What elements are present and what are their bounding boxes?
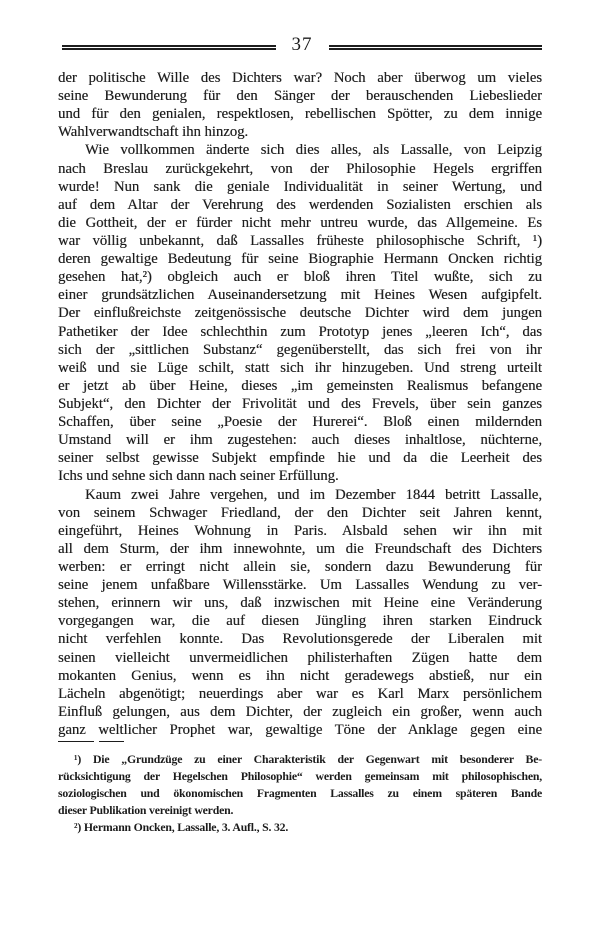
footnote-line: rücksichtigung der Hegelschen Philosophi… <box>58 768 542 785</box>
text-line: Kaum zwei Jahre vergehen, und im Dezembe… <box>58 486 542 504</box>
text-line: mokanten Genius, wenn es ihn nicht gerad… <box>58 667 542 685</box>
text-line: sich der „sittlichen Substanz“ gegenüber… <box>58 341 542 359</box>
footnote-line: ¹) Die „Grundzüge zu einer Charakteristi… <box>58 751 542 768</box>
footnote-separator-dash <box>58 741 94 742</box>
text-line: Pathetiker der Idee schlechthin zum Prot… <box>58 323 542 341</box>
text-line: gesehen hat,²) obgleich auch er bloß ihr… <box>58 268 542 286</box>
footnotes: ¹) Die „Grundzüge zu einer Charakteristi… <box>58 751 542 836</box>
text-line: einer grundsätzlichen Auseinandersetzung… <box>58 286 542 304</box>
text-line: vorgegangen war, die auf diesen Jüngling… <box>58 612 542 630</box>
text-line: die Gottheit, der er fürder nicht mehr u… <box>58 214 542 232</box>
text-line: auf dem Altar der Verehrung des werdende… <box>58 196 542 214</box>
page-header: 37 <box>62 37 542 57</box>
text-line: werben: er erringt nicht allein sie, son… <box>58 558 542 576</box>
footnote-line: ²) Hermann Oncken, Lassalle, 3. Aufl., S… <box>58 819 542 836</box>
text-line: stehen, erinnern wir uns, daß inzwischen… <box>58 594 542 612</box>
footnote-line: soziologischen und ökonomischen Fragment… <box>58 785 542 802</box>
text-line: Subjekt“, den Dichter der Frivolität und… <box>58 395 542 413</box>
text-line: Wie vollkommen änderte sich dies alles, … <box>58 141 542 159</box>
text-line: Einfluß gelungen, aus dem Dichter, der z… <box>58 703 542 721</box>
text-line: nach Breslau zurückgekehrt, von der Phil… <box>58 160 542 178</box>
text-line: Lächeln abgenötigt; neuerdings aber war … <box>58 685 542 703</box>
text-line: Der einflußreichste zeitgenössische deut… <box>58 304 542 322</box>
page-number: 37 <box>276 35 329 55</box>
text-line: Ichs und sehne sich dann nach seiner Erf… <box>58 467 542 485</box>
text-line: und für den genialen, respektlosen, rebe… <box>58 105 542 123</box>
text-line: Umstand will er ihm zugestehen: auch die… <box>58 431 542 449</box>
footnote-line: dieser Publikation vereinigt werden. <box>58 802 542 819</box>
header-rule-left <box>62 45 276 50</box>
text-line: deren gewaltige Bedeutung für seine Biog… <box>58 250 542 268</box>
text-line: all dem Sturm, der ihm innewohnte, um di… <box>58 540 542 558</box>
text-line: Wahlverwandtschaft ihn hinzog. <box>58 123 542 141</box>
text-line: er jetzt ab über Heine, dieses „im gemei… <box>58 377 542 395</box>
book-page: 37 der politische Wille des Dichters war… <box>0 0 600 945</box>
header-rule-right <box>329 45 543 50</box>
text-line: seinen vielleicht unvermeidlichen philis… <box>58 649 542 667</box>
footnote-separator <box>58 741 124 742</box>
text-line: ganz weltlicher Prophet war, gewaltige T… <box>58 721 542 739</box>
footnote-separator-dash <box>99 741 124 742</box>
text-line: seine jenem unfaßbare Willensstärke. Um … <box>58 576 542 594</box>
text-line: wurde! Nun sank die geniale Individualit… <box>58 178 542 196</box>
text-line: von seinem Schwager Friedland, der den D… <box>58 504 542 522</box>
text-line: eingeführt, Heines Wohnung in Paris. Als… <box>58 522 542 540</box>
text-line: nicht verfehlen konnte. Das Revolutionsg… <box>58 630 542 648</box>
body-text: der politische Wille des Dichters war? N… <box>58 69 542 739</box>
text-line: seine Bewunderung für den Sänger der ber… <box>58 87 542 105</box>
text-line: der politische Wille des Dichters war? N… <box>58 69 542 87</box>
text-line: weiß und sie Lüge schilt, statt sich ihr… <box>58 359 542 377</box>
text-line: war völlig unbekannt, daß Lassalles früh… <box>58 232 542 250</box>
text-line: seiner selbst gewisse Subjekt empfinde h… <box>58 449 542 467</box>
text-line: Schaffen, über seine „Poesie der Hurerei… <box>58 413 542 431</box>
